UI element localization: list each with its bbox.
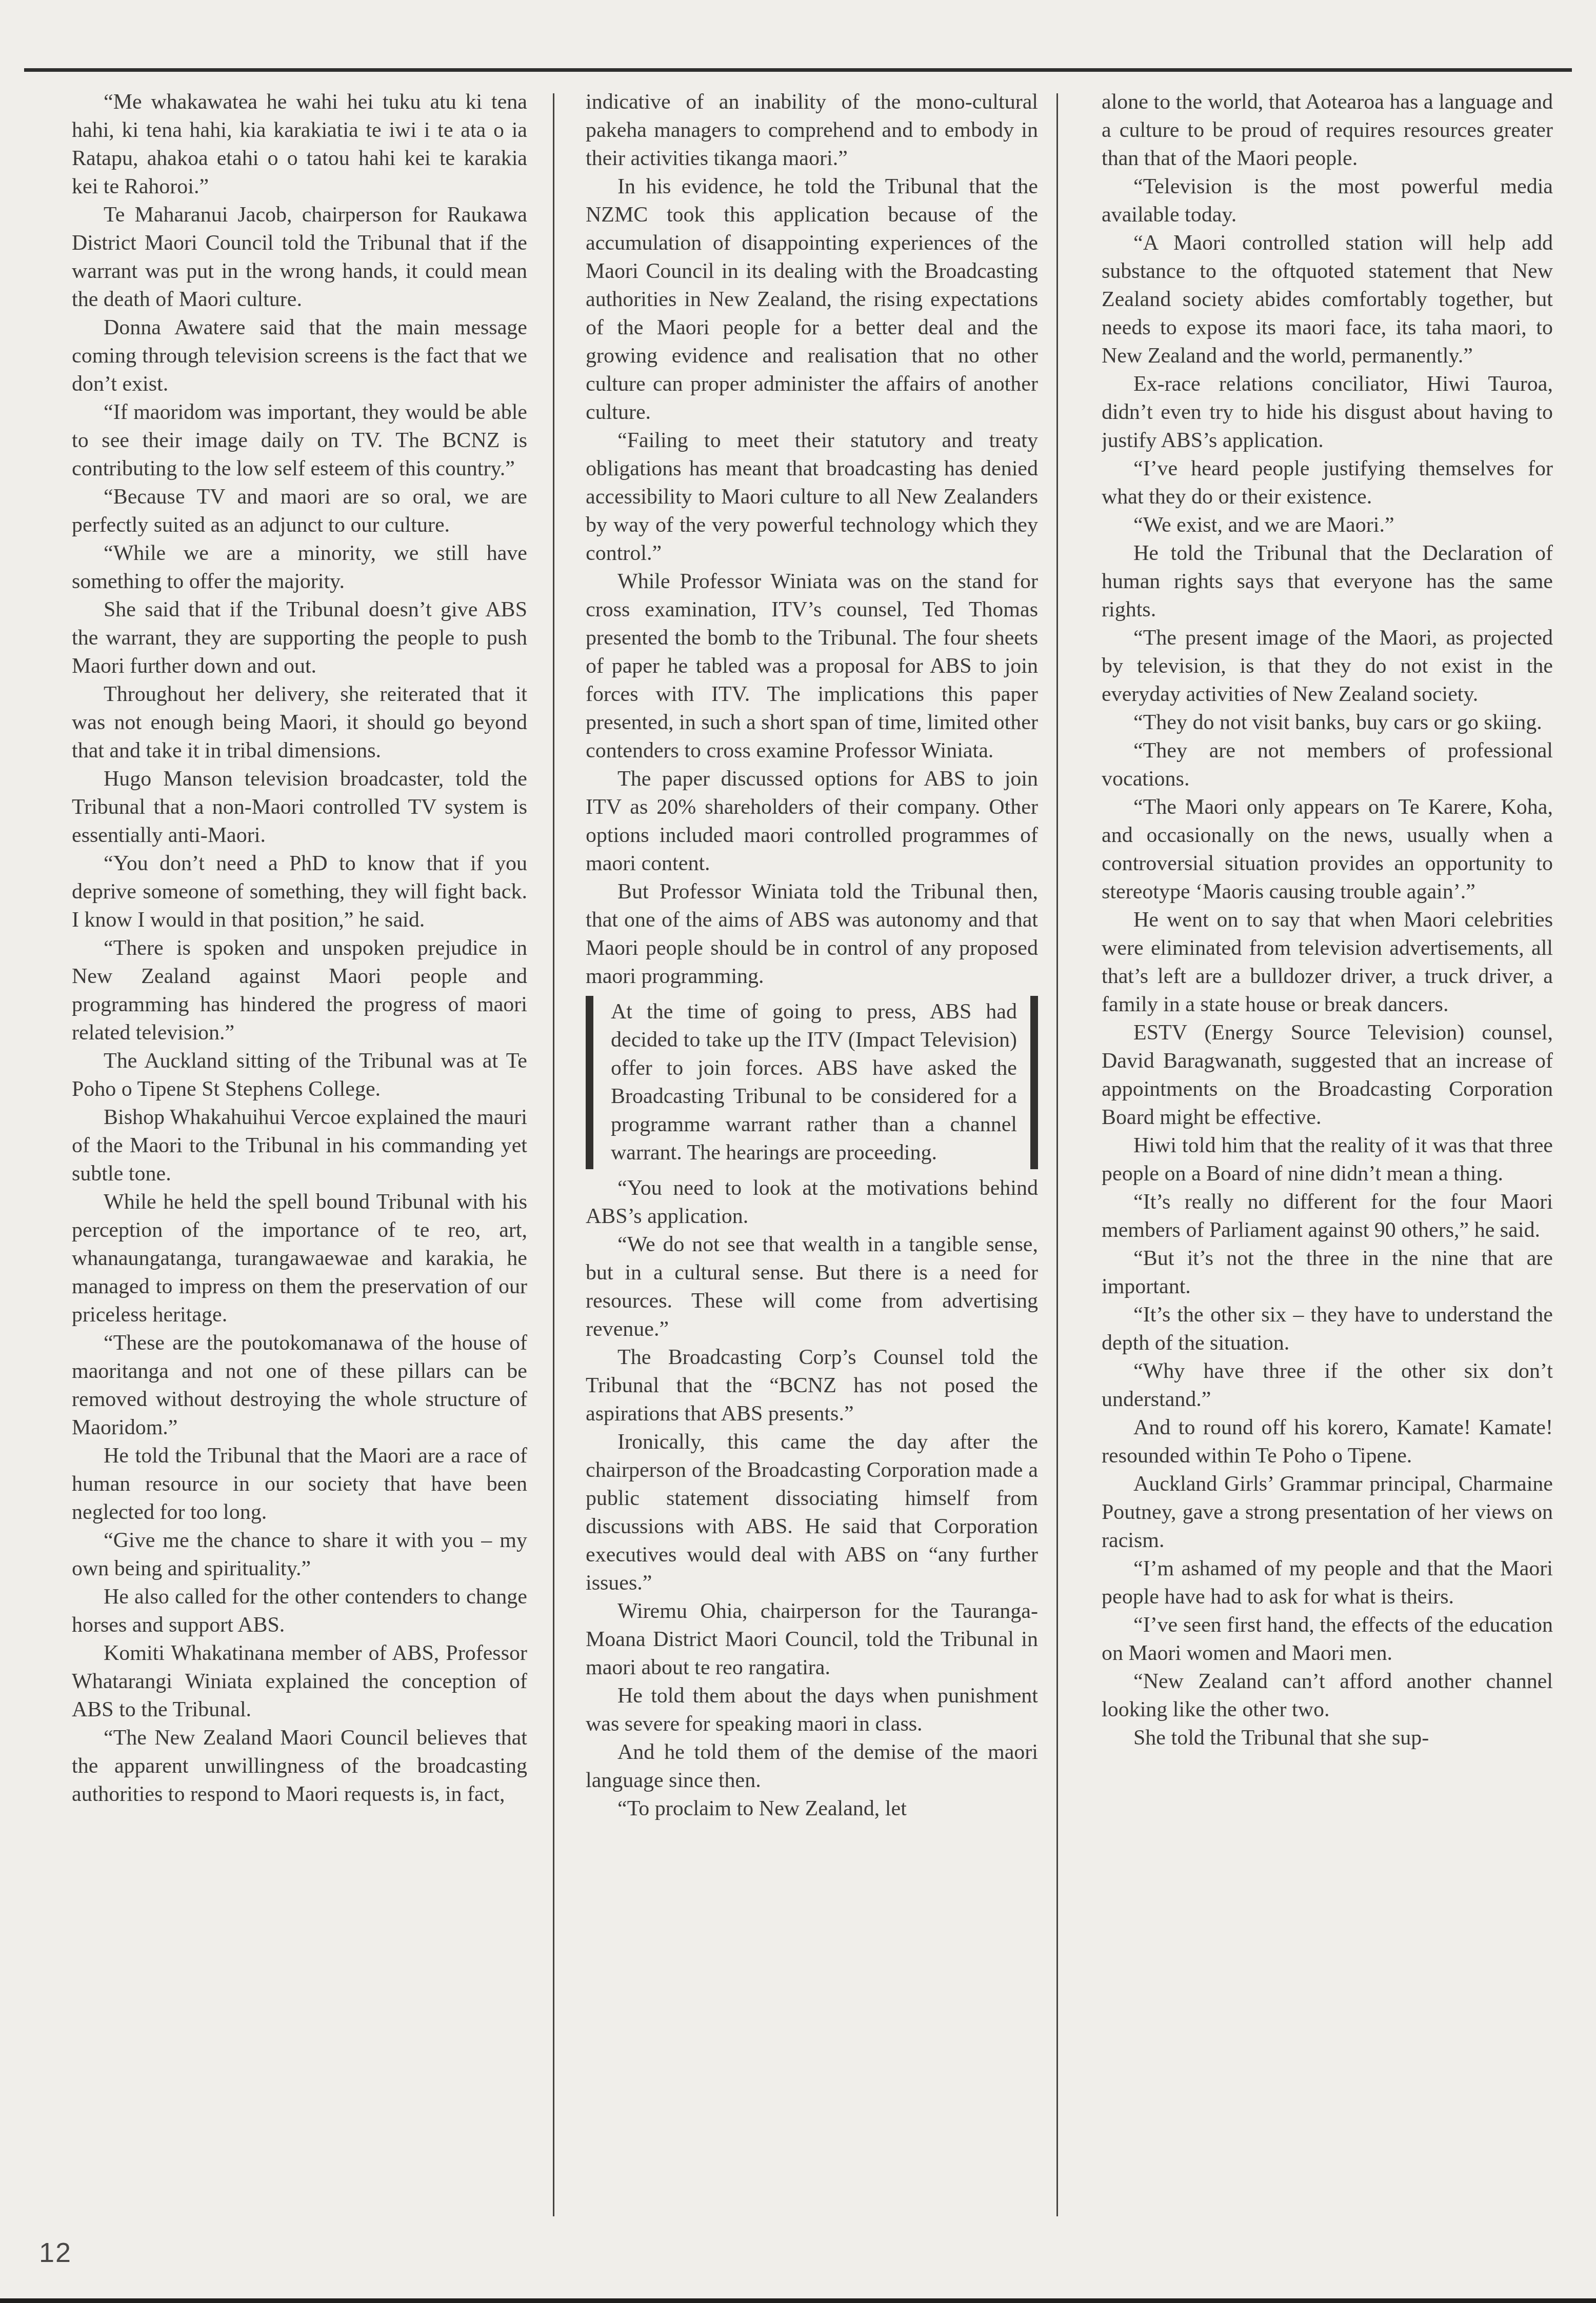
paragraph: “The present image of the Maori, as proj… — [1102, 624, 1553, 709]
paragraph: Donna Awatere said that the main message… — [72, 314, 527, 398]
paragraph: The Auckland sitting of the Tribunal was… — [72, 1047, 527, 1104]
paragraph: While Professor Winiata was on the stand… — [586, 568, 1038, 765]
paragraph: “There is spoken and unspoken prejudice … — [72, 934, 527, 1047]
paragraph: “We do not see that wealth in a tangible… — [586, 1231, 1038, 1344]
paragraph: She said that if the Tribunal doesn’t gi… — [72, 596, 527, 680]
paragraph: In his evidence, he told the Tribunal th… — [586, 173, 1038, 427]
paragraph: He went on to say that when Maori celebr… — [1102, 906, 1553, 1019]
paragraph: But Professor Winiata told the Tribunal … — [586, 878, 1038, 991]
paragraph: He told the Tribunal that the Declaratio… — [1102, 539, 1553, 624]
paragraph: “Give me the chance to share it with you… — [72, 1527, 527, 1583]
paragraph: He also called for the other contenders … — [72, 1583, 527, 1639]
paragraph: “They do not visit banks, buy cars or go… — [1102, 709, 1553, 737]
paragraph: Hiwi told him that the reality of it was… — [1102, 1132, 1553, 1188]
paragraph: “The Maori only appears on Te Karere, Ko… — [1102, 793, 1553, 906]
paragraph: Auckland Girls’ Grammar principal, Charm… — [1102, 1470, 1553, 1555]
column-divider — [553, 93, 554, 2216]
paragraph: “We exist, and we are Maori.” — [1102, 511, 1553, 539]
paragraph: And to round off his korero, Kamate! Kam… — [1102, 1414, 1553, 1470]
paragraph: He told them about the days when punishm… — [586, 1682, 1038, 1738]
paragraph: “I’ve seen first hand, the effects of th… — [1102, 1611, 1553, 1668]
paragraph: “These are the poutokomanawa of the hous… — [72, 1329, 527, 1442]
paragraph: Throughout her delivery, she reiterated … — [72, 680, 527, 765]
paragraph: “The New Zealand Maori Council believes … — [72, 1724, 527, 1809]
paragraph: “Television is the most powerful media a… — [1102, 173, 1553, 229]
paragraph: Te Maharanui Jacob, chairperson for Rauk… — [72, 201, 527, 314]
paragraph: “I’m ashamed of my people and that the M… — [1102, 1555, 1553, 1611]
paragraph: Wiremu Ohia, chairperson for the Taurang… — [586, 1597, 1038, 1682]
paragraph: “Because TV and maori are so oral, we ar… — [72, 483, 527, 539]
paragraph: And he told them of the demise of the ma… — [586, 1738, 1038, 1795]
top-rule — [24, 68, 1572, 72]
paragraph: He told the Tribunal that the Maori are … — [72, 1442, 527, 1527]
paragraph: “A Maori controlled station will help ad… — [1102, 229, 1553, 370]
paragraph: indicative of an inability of the mono-c… — [586, 88, 1038, 173]
paragraph: ESTV (Energy Source Television) counsel,… — [1102, 1019, 1553, 1132]
paragraph: The paper discussed options for ABS to j… — [586, 765, 1038, 878]
paragraph: alone to the world, that Aotearoa has a … — [1102, 88, 1553, 173]
paragraph: “Why have three if the other six don’t u… — [1102, 1357, 1553, 1414]
paragraph: “To proclaim to New Zealand, let — [586, 1795, 1038, 1823]
paragraph: “It’s the other six – they have to under… — [1102, 1301, 1553, 1357]
sidebar-note: At the time of going to press, ABS had d… — [586, 996, 1038, 1169]
paragraph: “Failing to meet their statutory and tre… — [586, 427, 1038, 568]
paragraph: Bishop Whakahuihui Vercoe explained the … — [72, 1104, 527, 1188]
magazine-page: “Me whakawatea he wahi hei tuku atu ki t… — [0, 0, 1596, 2303]
paragraph: “New Zealand can’t afford another channe… — [1102, 1668, 1553, 1724]
paragraph: “Me whakawatea he wahi hei tuku atu ki t… — [72, 88, 527, 201]
paragraph: She told the Tribunal that she sup- — [1102, 1724, 1553, 1752]
paragraph: “If maoridom was important, they would b… — [72, 398, 527, 483]
paragraph: Ironically, this came the day after the … — [586, 1428, 1038, 1597]
bottom-scan-edge — [0, 2298, 1596, 2303]
paragraph: Ex-race relations conciliator, Hiwi Taur… — [1102, 370, 1553, 455]
text-column-middle: indicative of an inability of the mono-c… — [586, 88, 1038, 2227]
paragraph: Hugo Manson television broadcaster, told… — [72, 765, 527, 850]
paragraph: “You need to look at the motivations beh… — [586, 1174, 1038, 1231]
column-divider — [1056, 93, 1058, 2216]
paragraph: Komiti Whakatinana member of ABS, Profes… — [72, 1639, 527, 1724]
paragraph: “But it’s not the three in the nine that… — [1102, 1245, 1553, 1301]
paragraph: “You don’t need a PhD to know that if yo… — [72, 850, 527, 934]
paragraph: While he held the spell bound Tribunal w… — [72, 1188, 527, 1329]
page-number: 12 — [39, 2237, 72, 2269]
paragraph: “It’s really no different for the four M… — [1102, 1188, 1553, 1245]
paragraph: “They are not members of professional vo… — [1102, 737, 1553, 793]
paragraph: “I’ve heard people justifying themselves… — [1102, 455, 1553, 511]
paragraph: The Broadcasting Corp’s Counsel told the… — [586, 1344, 1038, 1428]
text-column-right: alone to the world, that Aotearoa has a … — [1102, 88, 1553, 2227]
paragraph: “While we are a minority, we still have … — [72, 539, 527, 596]
text-column-left: “Me whakawatea he wahi hei tuku atu ki t… — [72, 88, 527, 2227]
